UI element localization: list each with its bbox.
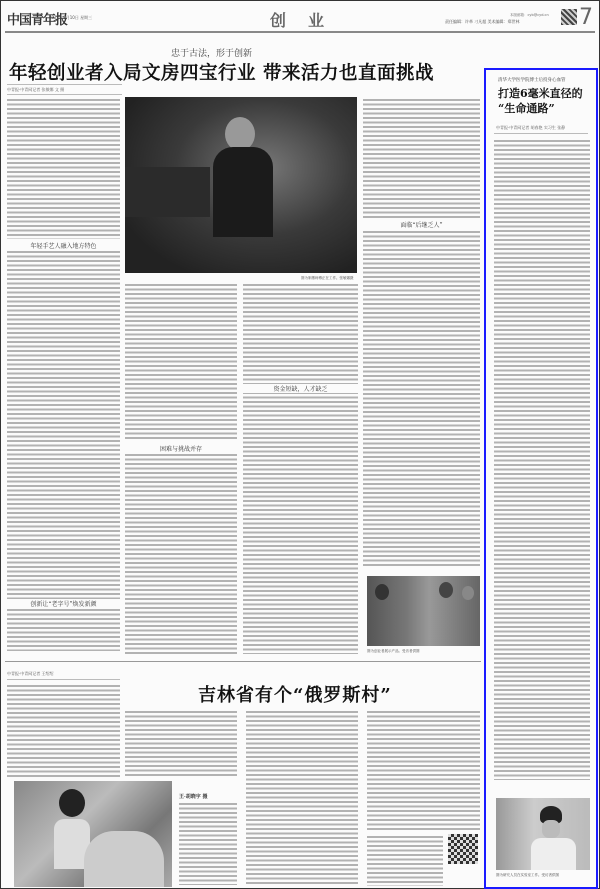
bottom-sidebar-text [179, 803, 237, 885]
lead-body-col2b [125, 454, 237, 654]
qr-code-icon [561, 9, 577, 25]
lead-subhead-4: 面临“后继乏人” [363, 220, 480, 229]
contact-line: 本版邮箱：cyb@cyd.cn [510, 13, 549, 18]
lead-byline: 中青报·中青网记者 张敏娜 文 摄 [7, 87, 64, 93]
lead-photo-caption: 图为制墨师傅正在工作。张敏娜摄 [301, 276, 354, 281]
lead-body-col4b [363, 231, 480, 566]
lead-body-col3 [243, 284, 358, 654]
section-divider [5, 661, 481, 662]
bottom-body-col2 [125, 711, 237, 776]
lead-second-photo-caption: 图为创业者展示产品。受访者供图 [367, 649, 420, 654]
sidebar-photo [496, 798, 590, 870]
divider [7, 84, 122, 85]
lead-subhead-3: 困难与挑战并存 [125, 444, 237, 453]
divider [7, 94, 122, 95]
lead-body-col1b [7, 251, 120, 601]
lead-body-col2 [125, 284, 237, 441]
lead-main-photo [125, 97, 357, 273]
sidebar-title-line1: 打造6毫米直径的 [498, 86, 583, 101]
masthead: 中国青年报 2022年8月10日 星期三 创业 本版邮箱：cyb@cyd.cn … [5, 5, 595, 33]
sidebar-body [494, 140, 590, 780]
sidebar-title: 打造6毫米直径的 “生命通路” [498, 86, 583, 116]
divider [7, 679, 120, 680]
lead-body-col1 [7, 99, 120, 239]
lead-body-col1c [7, 609, 120, 651]
bottom-body-col1 [7, 685, 120, 777]
issue-date: 2022年8月10日 星期三 [49, 15, 92, 21]
bottom-body-col4b [367, 836, 443, 886]
lead-subhead-2: 创新让“老字号”焕发新颜 [7, 599, 120, 608]
editor-credits: 责任编辑：许革 刁凡超 美术编辑：郑世林 [445, 19, 520, 25]
lead-kicker: 忠于古法，形于创新 [171, 46, 252, 59]
page-number: 7 [579, 5, 593, 30]
bottom-author-box: 王·胡晓宇 摄 [179, 793, 207, 800]
sidebar-title-line2: “生命通路” [498, 101, 583, 116]
sidebar-kicker: 清华大学医学院博士后投身心血管 [498, 77, 566, 83]
highlighted-article[interactable]: 清华大学医学院博士后投身心血管 打造6毫米直径的 “生命通路” 中青报·中青网记… [484, 68, 598, 889]
section-name: 创业 [270, 8, 346, 31]
lead-headline: 年轻创业者入局文房四宝行业 带来活力也直面挑战 [9, 59, 434, 85]
bottom-byline: 中青报·中青网记者 王绍绍 [7, 671, 54, 677]
divider [494, 133, 588, 134]
qr-code-icon [448, 834, 478, 864]
sidebar-photo-caption: 图为研究人员在实验室工作。受访者供图 [496, 873, 559, 878]
bottom-body-col3 [246, 711, 358, 886]
newspaper-page: 中国青年报 2022年8月10日 星期三 创业 本版邮箱：cyb@cyd.cn … [0, 0, 600, 889]
bottom-headline: 吉林省有个“俄罗斯村” [198, 681, 392, 707]
sidebar-byline: 中青报·中青网记者 胡春艳 实习生 张静 [496, 125, 565, 131]
bottom-body-col4 [367, 711, 480, 831]
lead-subhead-1: 年轻手艺人融入地方特色 [7, 241, 120, 250]
lead-subhead-5: 资金短缺，人才缺乏 [243, 384, 358, 393]
lead-body-col4 [363, 99, 480, 227]
bottom-photo [14, 781, 172, 887]
lead-second-photo [367, 576, 480, 646]
